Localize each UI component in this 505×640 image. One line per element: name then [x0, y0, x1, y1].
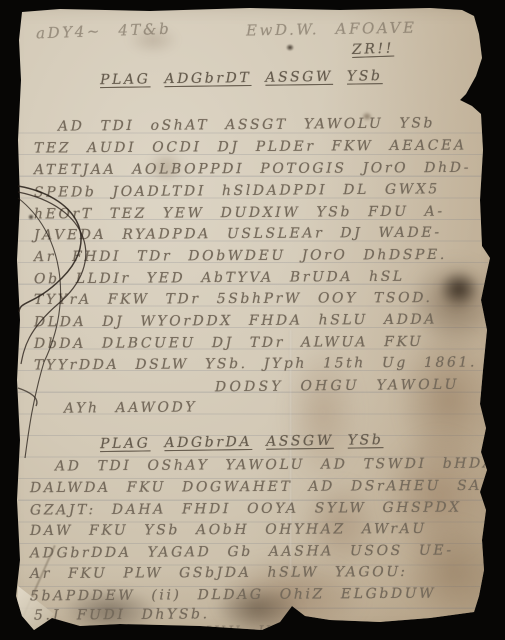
handwritten-line: AD TDI OShAY YAWOLU AD TSWDI bHDA: [55, 455, 496, 474]
signature-line: DODSY OHGU YAWOLU: [215, 377, 460, 396]
photographed-manuscript: aDY4~ 4T&b EwD.W. AFOAVE ZR!! 5 PLAGADGb…: [0, 0, 505, 640]
page-number: 5: [486, 16, 495, 32]
section1-title: PLAGADGbrDTASSGWYSb: [100, 68, 397, 88]
ink-stain-dark-core: [438, 270, 480, 308]
binding-threads: [0, 0, 120, 640]
ink-dot: [286, 44, 294, 51]
header-docket: ZR!!: [352, 40, 408, 58]
header-scrawl-mid: EwD.W. AFOAVE: [246, 19, 417, 40]
